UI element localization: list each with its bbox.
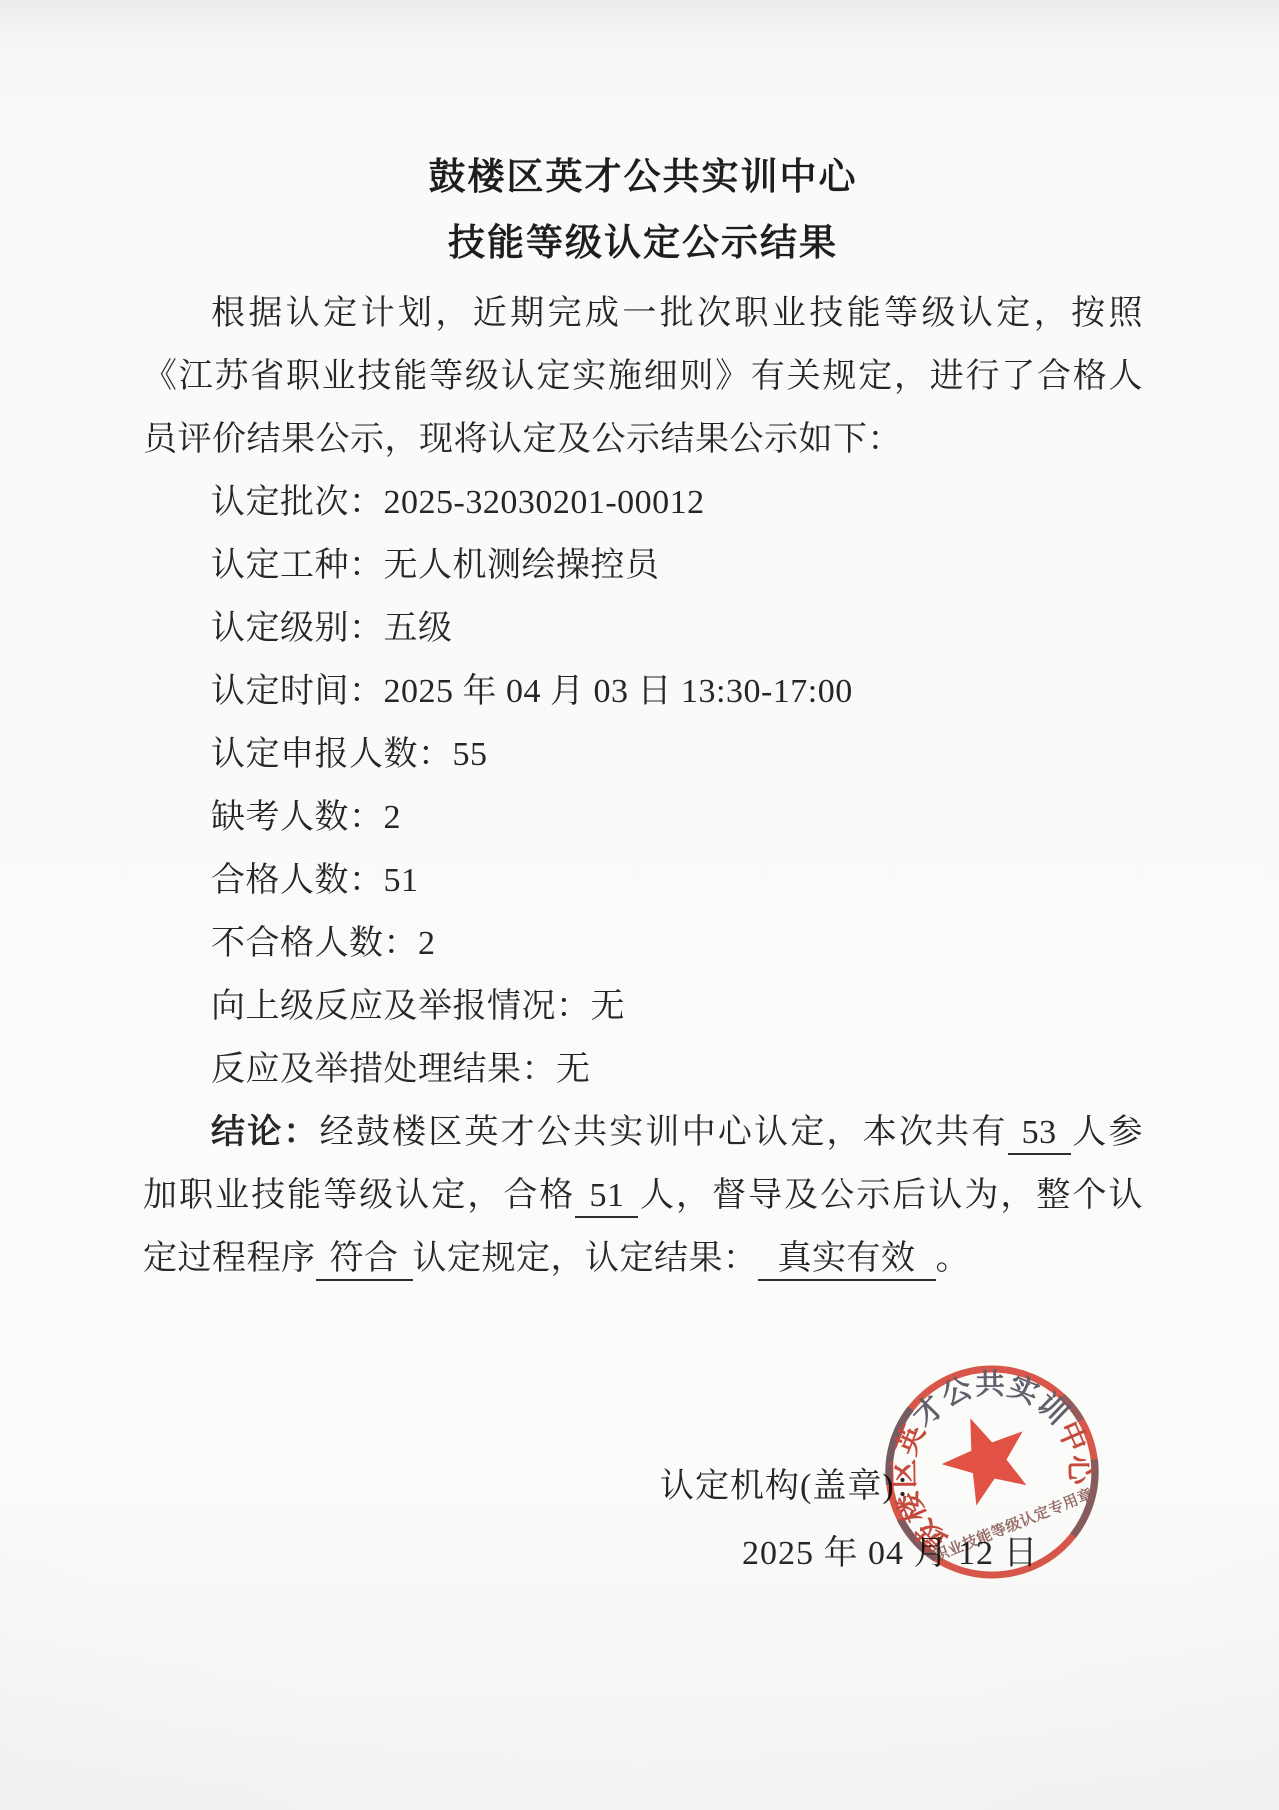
detail-line-failed: 不合格人数：2 <box>143 912 1143 975</box>
document-subtitle: 技能等级认定公示结果 <box>143 214 1143 274</box>
value-participants: 53 <box>1008 1114 1071 1155</box>
seal-bottom-text: 职业技能等级认定专用章 <box>931 1485 1096 1566</box>
conclusion-text-3c: 。 <box>936 1240 971 1277</box>
conclusion-text-3a: 定过程程序 <box>143 1240 316 1277</box>
conclusion-line-2: 加职业技能等级认定，合格51人，督导及公示后认为，整个认 <box>143 1164 1143 1227</box>
seal-star-icon <box>930 1402 1042 1512</box>
intro-line-2: 《江苏省职业技能等级认定实施细则》有关规定，进行了合格人 <box>143 345 1143 408</box>
detail-line-batch: 认定批次：2025-32030201-00012 <box>143 471 1143 534</box>
detail-line-passed: 合格人数：51 <box>143 849 1143 912</box>
intro-line-3: 员评价结果公示，现将认定及公示结果公示如下： <box>143 408 1143 471</box>
detail-line-absent: 缺考人数：2 <box>143 786 1143 849</box>
intro-paragraph: 根据认定计划，近期完成一批次职业技能等级认定，按照 《江苏省职业技能等级认定实施… <box>143 282 1143 1290</box>
conclusion-text-2b: 人，督导及公示后认为，整个认 <box>638 1177 1143 1214</box>
detail-line-report-status: 向上级反应及举报情况：无 <box>143 975 1143 1038</box>
official-seal-stamp: 鼓楼区英才公共实训中心 职业技能等级认定专用章 <box>862 1342 1122 1602</box>
document-body: 鼓楼区英才公共实训中心 技能等级认定公示结果 根据认定计划，近期完成一批次职业技… <box>143 148 1143 1290</box>
detail-line-handling-result: 反应及举措处理结果：无 <box>143 1038 1143 1101</box>
conclusion-text-3b: 认定规定，认定结果： <box>413 1240 758 1277</box>
conclusion-text-1b: 人参 <box>1071 1114 1143 1151</box>
detail-line-applicants: 认定申报人数：55 <box>143 723 1143 786</box>
value-passed: 51 <box>575 1177 638 1218</box>
conclusion-line-3: 定过程程序符合认定规定，认定结果：真实有效。 <box>143 1227 1143 1290</box>
detail-line-level: 认定级别：五级 <box>143 597 1143 660</box>
conclusion-text-1a: 经鼓楼区英才公共实训中心认定，本次共有 <box>320 1114 1008 1151</box>
value-result: 真实有效 <box>758 1240 936 1281</box>
document-title: 鼓楼区英才公共实训中心 <box>143 148 1143 208</box>
detail-line-time: 认定时间：2025 年 04 月 03 日 13:30-17:00 <box>143 660 1143 723</box>
intro-line-1: 根据认定计划，近期完成一批次职业技能等级认定，按照 <box>143 282 1143 345</box>
value-compliance: 符合 <box>316 1240 413 1281</box>
conclusion-label: 结论： <box>211 1114 320 1151</box>
detail-line-occupation: 认定工种：无人机测绘操控员 <box>143 534 1143 597</box>
conclusion-line-1: 结论：经鼓楼区英才公共实训中心认定，本次共有53人参 <box>143 1101 1143 1164</box>
document-page: 鼓楼区英才公共实训中心 技能等级认定公示结果 根据认定计划，近期完成一批次职业技… <box>0 0 1279 1810</box>
conclusion-text-2a: 加职业技能等级认定，合格 <box>143 1177 575 1214</box>
